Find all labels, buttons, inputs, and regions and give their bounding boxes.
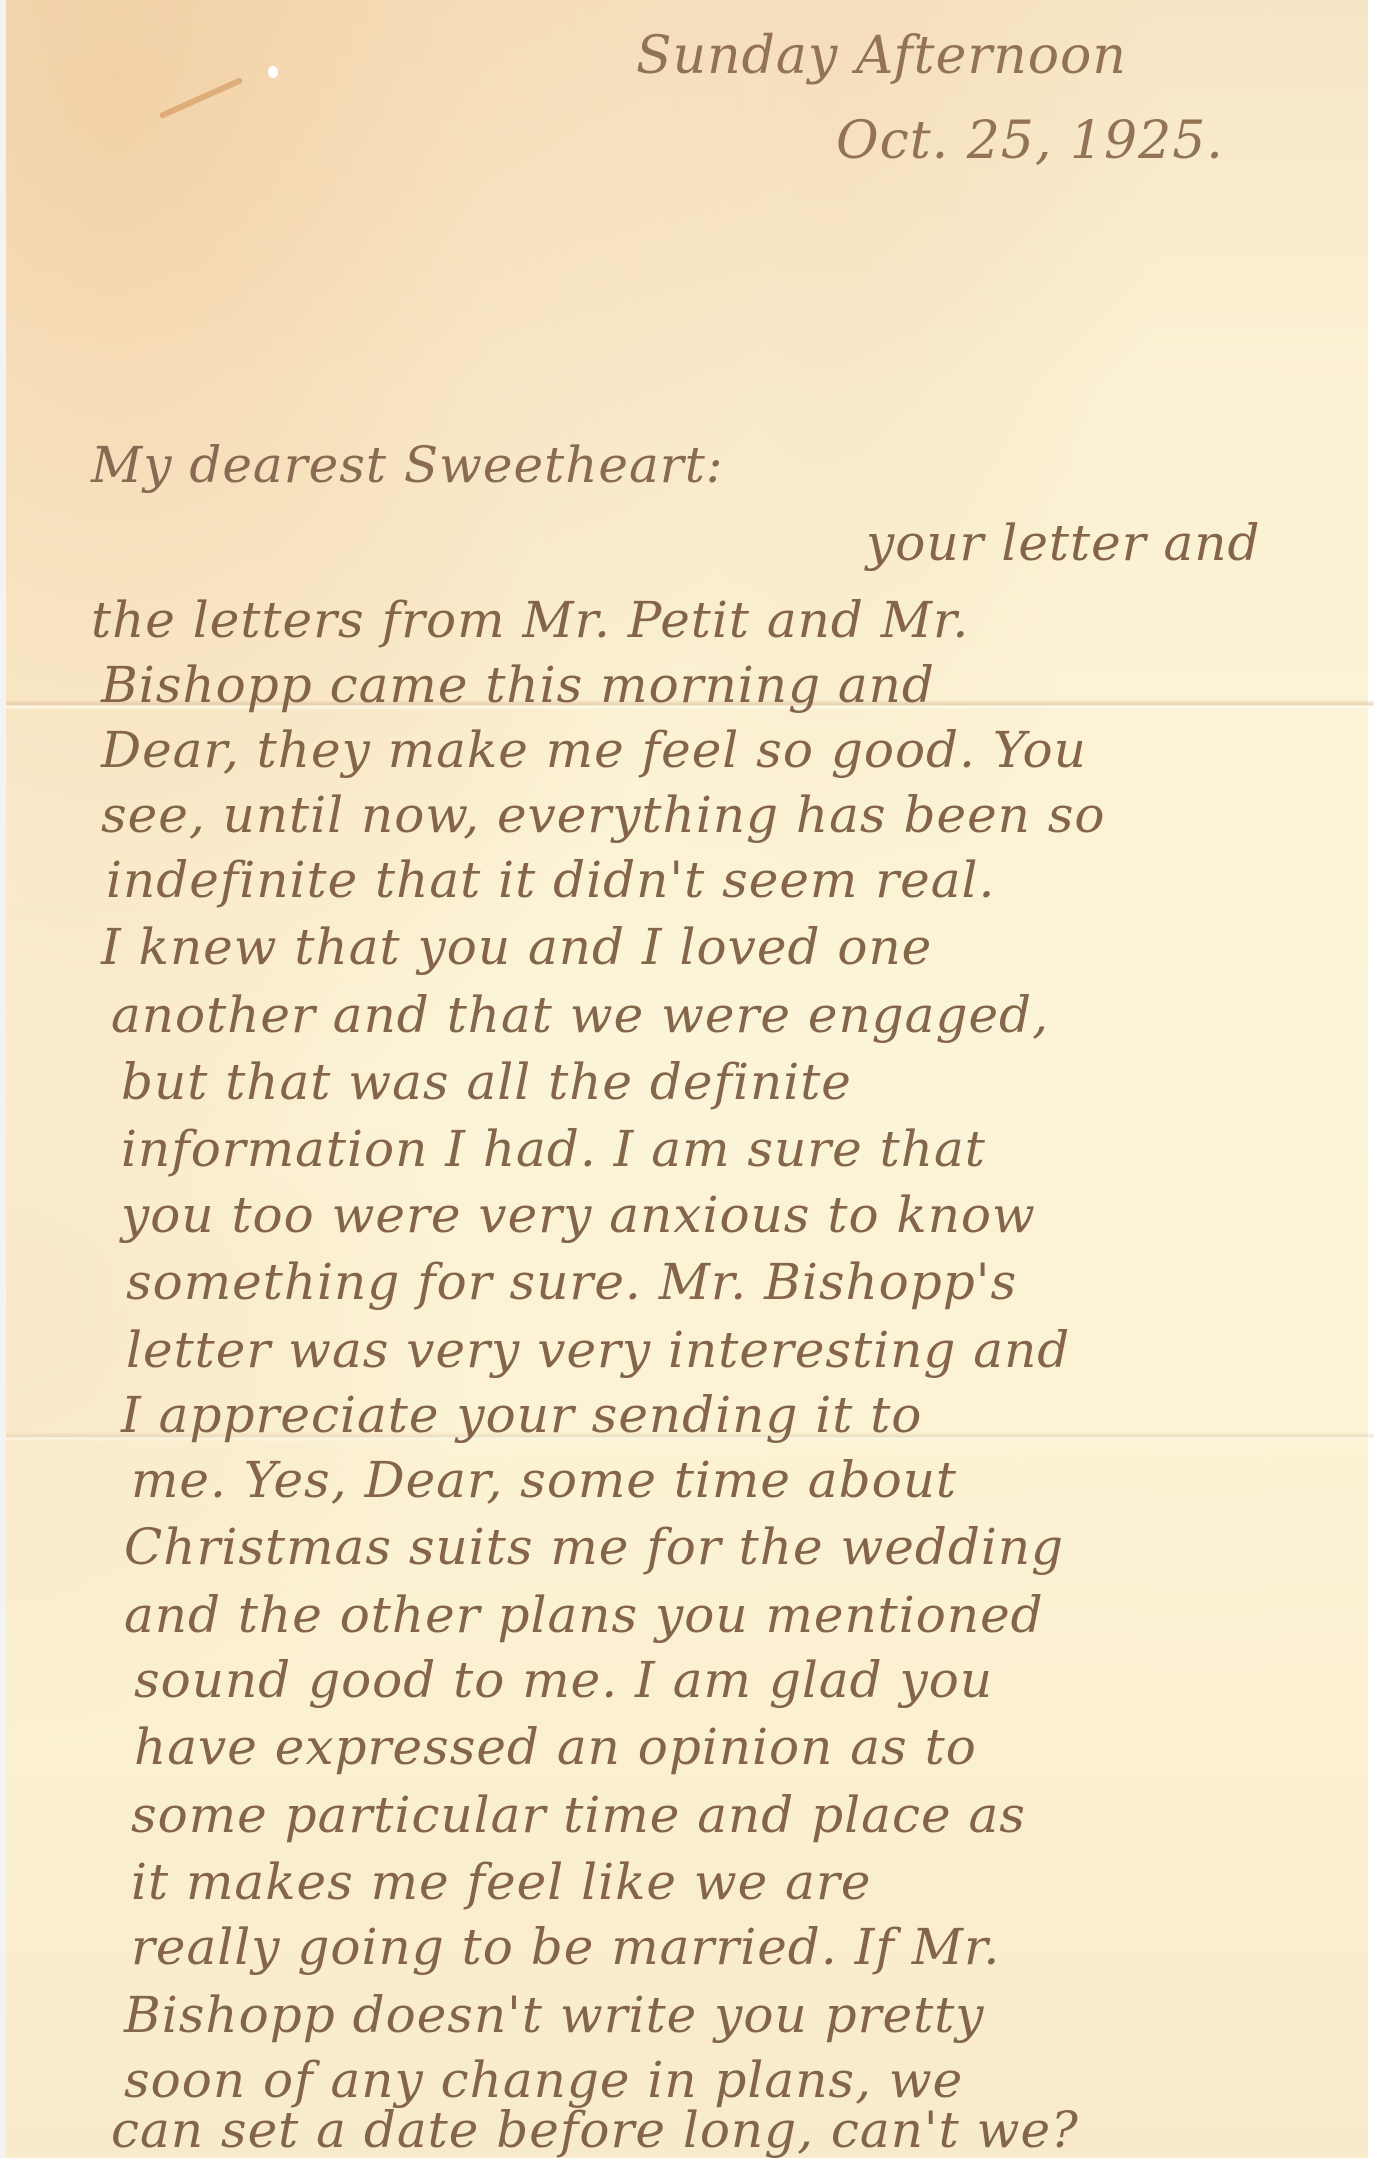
letter-line: information I had. I am sure that (121, 1124, 986, 1174)
letter-line: I appreciate your sending it to (121, 1390, 922, 1440)
letter-line: but that was all the definite (121, 1057, 852, 1107)
letter-line: it makes me feel like we are (131, 1857, 871, 1907)
letter-line: Dear, they make me feel so good. You (101, 725, 1087, 775)
letter-line: see, until now, everything has been so (101, 790, 1106, 840)
letter-line: some particular time and place as (131, 1790, 1026, 1840)
letter-line: Bishopp came this morning and (101, 660, 935, 710)
letter-line: Bishopp doesn't write you pretty (124, 1990, 985, 2040)
letter-line: really going to be married. If Mr. (131, 1922, 1000, 1972)
letter-line: Christmas suits me for the wedding (124, 1522, 1064, 1572)
letter-salutation: My dearest Sweetheart: (91, 440, 724, 490)
paper-speck (268, 66, 278, 78)
letter-line: indefinite that it didn't seem real. (106, 855, 995, 905)
letter-line: soon of any change in plans, we (124, 2055, 963, 2105)
letter-line: can set a date before long, can't we? (111, 2105, 1079, 2155)
letter-line: me. Yes, Dear, some time about (131, 1455, 957, 1505)
letter-paper: Sunday Afternoon Oct. 25, 1925. My deare… (0, 0, 1368, 2158)
letter-line: you too were very anxious to know (121, 1190, 1036, 1240)
letter-line: something for sure. Mr. Bishopp's (126, 1257, 1017, 1307)
letter-line: your letter and (866, 518, 1261, 568)
letter-line: I knew that you and I loved one (101, 922, 932, 972)
letter-date: Oct. 25, 1925. (836, 115, 1224, 167)
letter-day: Sunday Afternoon (636, 30, 1127, 82)
letter-line: and the other plans you mentioned (124, 1590, 1044, 1640)
letter-line: letter was very very interesting and (126, 1325, 1070, 1375)
letter-line: have expressed an opinion as to (134, 1722, 977, 1772)
letter-line: another and that we were engaged, (111, 990, 1049, 1040)
letter-line: sound good to me. I am glad you (134, 1655, 993, 1705)
letter-line: the letters from Mr. Petit and Mr. (91, 595, 969, 645)
paper-stain (159, 77, 244, 119)
